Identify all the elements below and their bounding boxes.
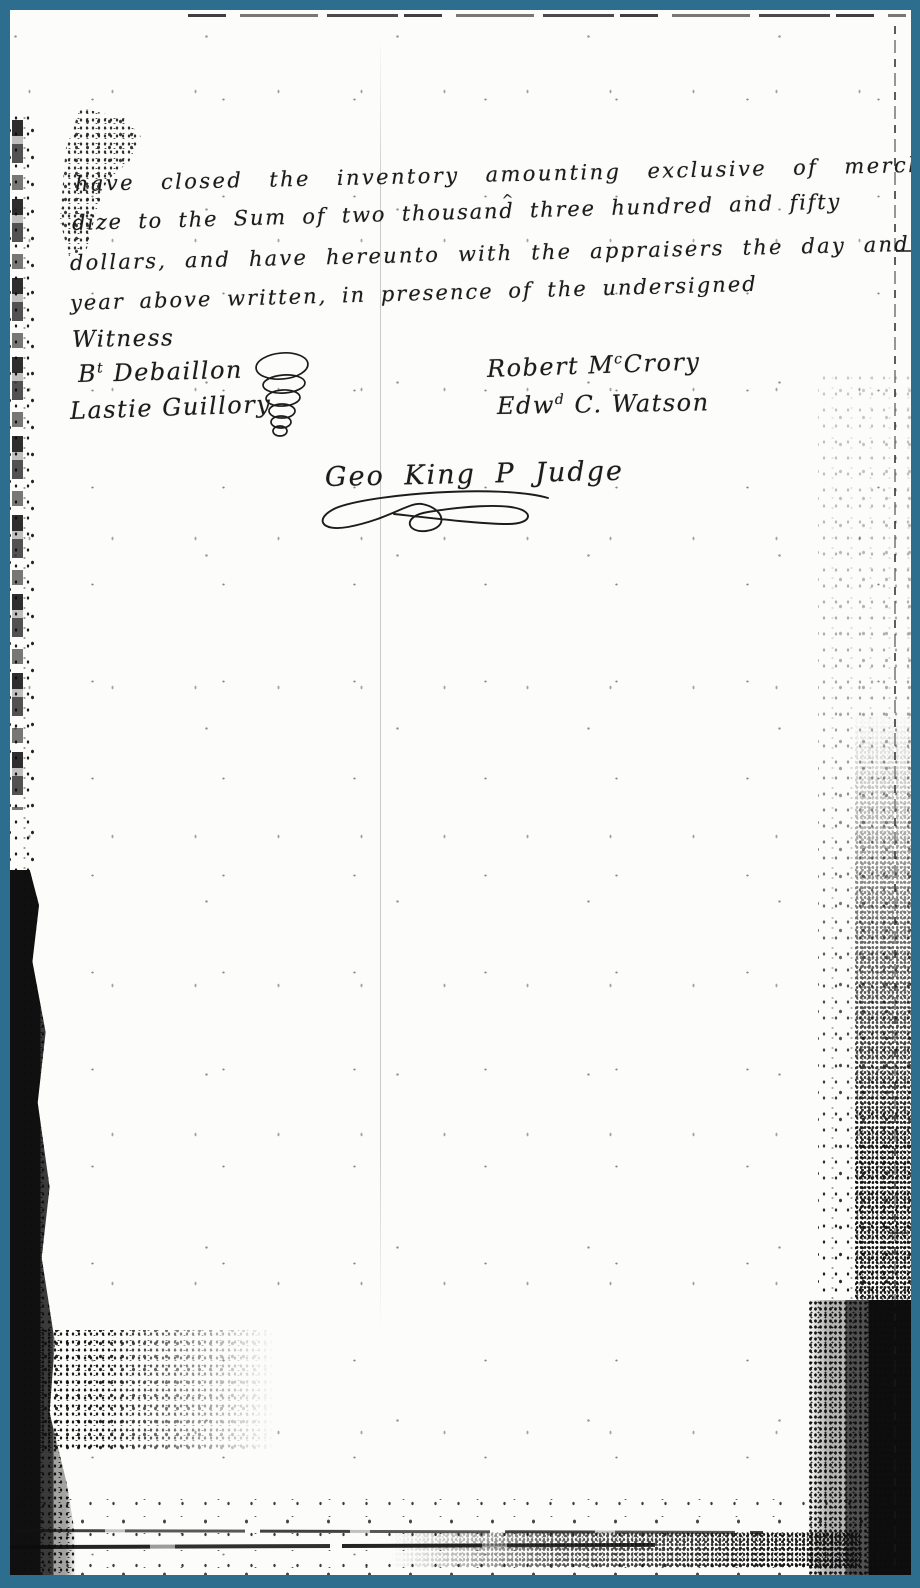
signature-text: Edw (497, 391, 555, 420)
scan-right-edge-line (894, 26, 896, 1566)
page-fold-line (380, 34, 381, 1329)
signature-text: Crory (623, 348, 701, 379)
toner-bottom-streak-1 (15, 1529, 763, 1534)
document-page: have closed the inventory amounting excl… (10, 10, 911, 1575)
calligraphic-flourish (310, 490, 555, 545)
signature-superscript: c (614, 351, 624, 367)
toner-right-band-core (855, 710, 911, 1300)
toner-left-heavy-band (10, 870, 76, 1575)
signature-text: Lastie Guillory (70, 390, 272, 425)
signature-guillory: Lastie Guillory (70, 390, 272, 425)
toner-left-edge-core (12, 120, 23, 810)
toner-bottom-speckle (10, 1488, 902, 1575)
body-line: dize to the Sum of two thousand three hu… (72, 190, 842, 235)
signature-watson: Edwd C. Watson (497, 388, 710, 420)
scan-right-edge-tick (890, 1232, 908, 1234)
signature-debaillon: Bt Debaillon (78, 356, 244, 388)
body-line: have closed the inventory amounting excl… (75, 152, 911, 196)
toner-bottom-blob-row (390, 1532, 860, 1568)
signature-text: Debaillon (104, 356, 243, 388)
body-line: dollars, and have hereunto with the appr… (70, 232, 910, 275)
toner-top-dash-line (188, 14, 906, 17)
toner-bottomleft-blob (40, 1330, 275, 1450)
toner-left-edge-speckle (10, 110, 36, 890)
body-line: year above written, in presence of the u… (70, 272, 758, 315)
toner-bottom-streak-2 (10, 1543, 655, 1549)
signature-judge: Geo King P Judge (325, 456, 625, 493)
toner-right-band (818, 370, 911, 1300)
toner-right-corner-block (808, 1300, 911, 1575)
signature-mccrory: Robert McCrory (487, 348, 701, 383)
witness-label: Witness (72, 325, 175, 353)
signature-text: C. Watson (565, 388, 710, 419)
signature-text: Robert M (487, 351, 615, 383)
scan-background: have closed the inventory amounting excl… (0, 0, 920, 1588)
signature-text: B (78, 360, 98, 388)
